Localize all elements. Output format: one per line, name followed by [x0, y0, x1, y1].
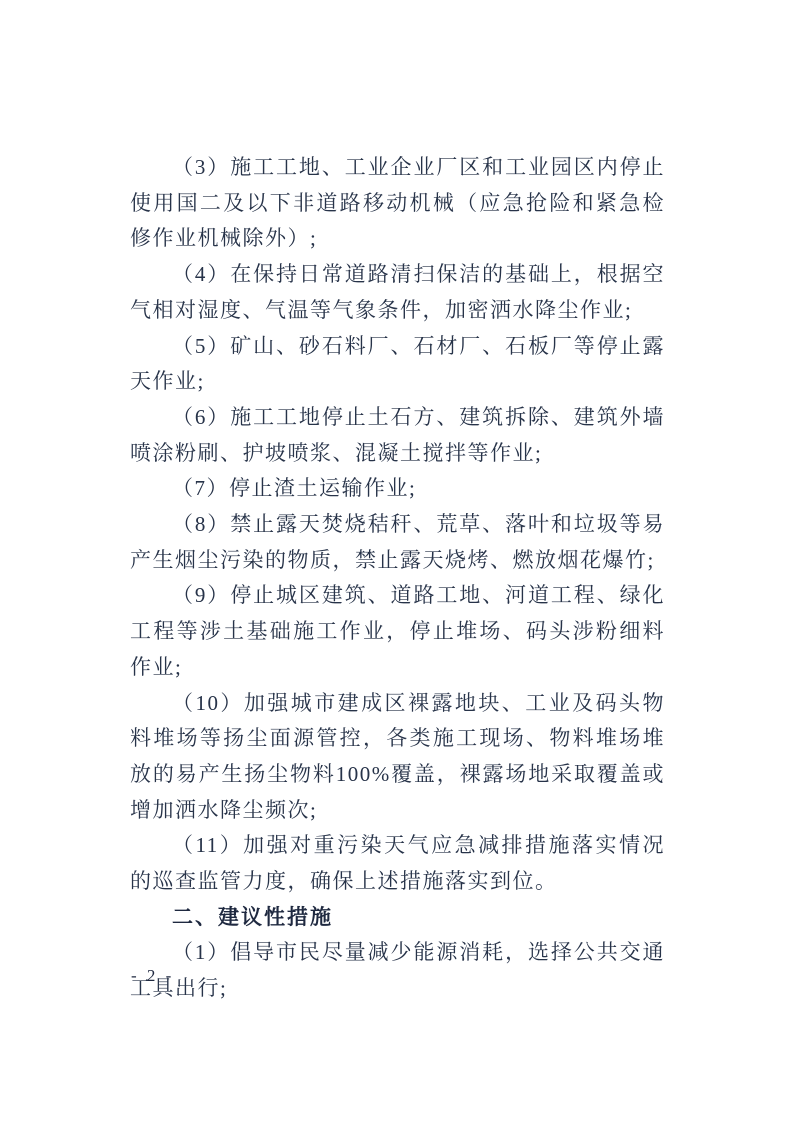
paragraph-item-9: （9）停止城区建筑、道路工地、河道工程、绿化工程等涉土基础施工作业，停止堆场、码… [130, 578, 665, 685]
paragraph-item-1: （1）倡导市民尽量减少能源消耗，选择公共交通工具出行; [130, 935, 665, 1006]
paragraph-item-3: （3）施工工地、工业企业厂区和工业园区内停止使用国二及以下非道路移动机械（应急抢… [130, 150, 665, 257]
paragraph-item-11: （11）加强对重污染天气应急减排措施落实情况的巡查监管力度，确保上述措施落实到位… [130, 828, 665, 899]
paragraph-item-5: （5）矿山、砂石料厂、石材厂、石板厂等停止露天作业; [130, 329, 665, 400]
section-heading-suggested-measures: 二、建议性措施 [130, 900, 665, 936]
document-page: （3）施工工地、工业企业厂区和工业园区内停止使用国二及以下非道路移动机械（应急抢… [0, 0, 793, 1122]
paragraph-item-10: （10）加强城市建成区裸露地块、工业及码头物料堆场等扬尘面源管控，各类施工现场、… [130, 686, 665, 829]
paragraph-item-6: （6）施工工地停止土石方、建筑拆除、建筑外墙喷涂粉刷、护坡喷浆、混凝土搅拌等作业… [130, 400, 665, 471]
paragraph-item-8: （8）禁止露天焚烧秸秆、荒草、落叶和垃圾等易产生烟尘污染的物质，禁止露天烧烤、燃… [130, 507, 665, 578]
document-body: （3）施工工地、工业企业厂区和工业园区内停止使用国二及以下非道路移动机械（应急抢… [130, 150, 665, 1007]
paragraph-item-4: （4）在保持日常道路清扫保洁的基础上，根据空气相对湿度、气温等气象条件，加密洒水… [130, 257, 665, 328]
paragraph-item-7: （7）停止渣土运输作业; [130, 471, 665, 507]
page-number: - 2 - [131, 966, 174, 986]
